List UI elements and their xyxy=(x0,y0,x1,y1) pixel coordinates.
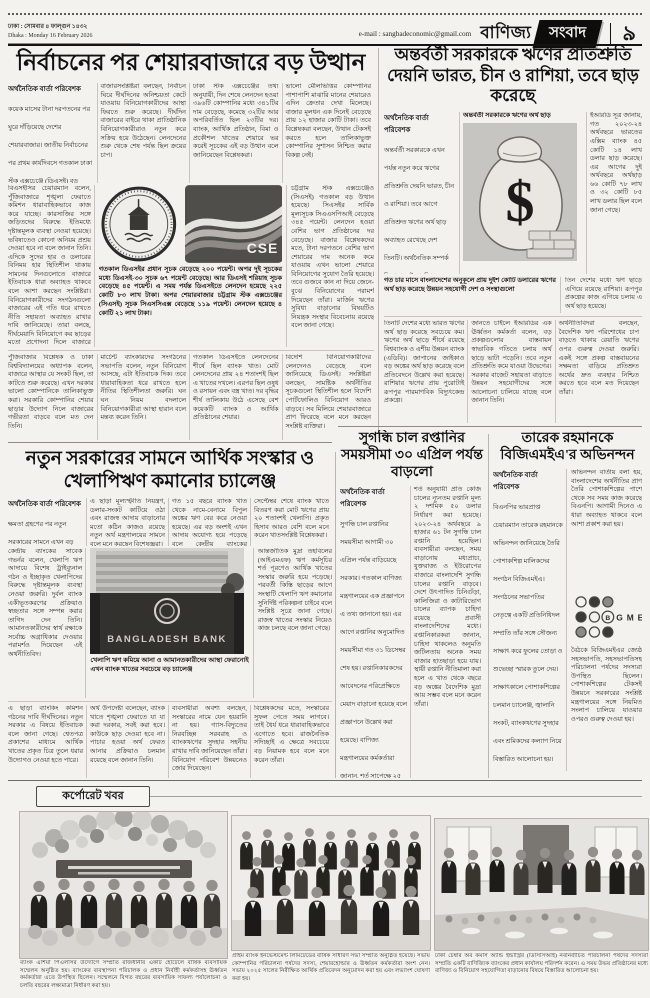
bangladesh-bank-photo: BANGLADESH BANK xyxy=(90,548,244,654)
body-text: কয়েক মাসের টানা দরপতনের পর ঘুরে দাঁড়িয… xyxy=(8,106,92,183)
article-loans-headline: অন্তর্বর্তী সরকারকে ঋণের প্রতিশ্রুতি দেয… xyxy=(384,45,642,107)
corporate-photo-3 xyxy=(435,819,648,950)
bangladesh-bank-text: BANGLADESH BANK xyxy=(108,634,228,645)
reform-figure-caption: খেলাপি ঋণ কমিয়ে আনা ও আমানতকারীদের আস্থ… xyxy=(90,657,248,674)
body-column: ভালো মৌলভিত্তির কোম্পানির পাশাপাশি মাঝার… xyxy=(282,83,375,183)
article-stock-market: নির্বাচনের পর শেয়ারবাজারে বড় উত্থান অর… xyxy=(8,48,374,440)
corporate-photo-1 xyxy=(20,812,227,958)
body-column: শর্ত অনুযায়ী প্রতি কেজি চালের ন্যূনতম র… xyxy=(410,486,484,778)
body-column: ঢাকা স্টক এক্সচেঞ্জের তথ্য অনুযায়ী, দিন… xyxy=(189,83,282,183)
article-rice-export: সুগন্ধি চাল রপ্তানির সময়সীমা ৩০ এপ্রিল … xyxy=(340,430,484,778)
body-column: অর্থনৈতিক বার্তা পরিবেশক ক্ষমতা গ্রহণের … xyxy=(8,498,86,546)
byline: অর্থনৈতিক বার্তা পরিবেশক xyxy=(493,469,563,493)
loans-figure: অন্তর্বর্তী সরকারকে ঋণের অর্থ ছাড় $ xyxy=(459,112,586,274)
photo-caption-3: ঢাকা চেম্বার অব কমার্স অ্যান্ড ইন্ডাস্ট্… xyxy=(435,953,648,995)
article-loans: অন্তর্বর্তী সরকারকে ঋণের প্রতিশ্রুতি দেয… xyxy=(384,45,642,423)
reform-figure: BANGLADESH BANK খেলাপি ঋণ কমিয়ে আনা ও আ… xyxy=(85,548,252,698)
body-column: জানতে চাইলে ইআরডির এক ঊর্ধ্বতন কর্মকর্তা… xyxy=(467,320,554,423)
bgmea-logo-b: B xyxy=(605,615,610,622)
body-column: অর্থনৈতিক বার্তা পরিবেশক বিএনপির ভারপ্রা… xyxy=(493,469,566,771)
body-column: গত ১৫ বছরে ব্যাংক খাত থেকে নামে-বেনামে ব… xyxy=(168,498,250,546)
body-column: গতকাল ডিএসইতে লেনদেনের শীর্ষে ছিল ব্যাংক… xyxy=(189,354,282,440)
divider xyxy=(8,780,642,781)
article-bgmea: তারেক রহমানকে বিজিএমইএ'র অভিনন্দন অর্থনৈ… xyxy=(493,430,642,778)
page-header: ঢাকা : সোমবার ৪ ফাল্গুন ১৪৩২ Dhaka : Mon… xyxy=(8,13,642,48)
section-title-text: কর্পোরেট খবর xyxy=(62,787,123,806)
article-stock-headline: নির্বাচনের পর শেয়ারবাজারে বড় উত্থান xyxy=(8,49,374,77)
body-text: অভিনন্দন বার্তায় বলা হয়, বাংলাদেশের অর… xyxy=(571,469,642,587)
cse-logo-text: CSE xyxy=(246,240,278,256)
body-column: তিনটি দেশের মধ্যে ভারত ঋণের অর্থ ছাড় কর… xyxy=(384,320,467,423)
article-bgmea-headline: তারেক রহমানকে বিজিএমইএ'র অভিনন্দন xyxy=(493,430,642,464)
body-column: মার্চেন্ট ব্যাংকারদের সংগঠনের সভাপতি বলে… xyxy=(97,354,190,440)
stock-figure: CSE গতকাল ডিএসইর প্রধান সূচক বেড়েছে ২০০… xyxy=(94,185,286,347)
body-column: আন্তর্জাতিক মুদ্রা তহবিলের (আইএমএফ) ঋণ ক… xyxy=(253,548,332,698)
dateline-english: Dhaka : Monday 16 February 2026 xyxy=(8,32,140,41)
body-column: অর্থনীতিবিদরা বলছেন, বৈদেশিক ঋণ পরিশোধের… xyxy=(555,320,642,423)
loans-figure-caption: গত চার মাসে বাংলাদেশের অনুকূলে প্রায় দু… xyxy=(384,277,560,313)
byline: অর্থনৈতিক বার্তা পরিবেশক xyxy=(8,498,83,510)
dateline: ঢাকা : সোমবার ৪ ফাল্গুন ১৪৩২ Dhaka : Mon… xyxy=(8,23,140,44)
money-bag-illustration: $ xyxy=(463,123,577,261)
photo-caption-2: প্রাইম ব্যাংক ইনভেস্টমেন্ট লিমিটেডের বার… xyxy=(232,953,430,995)
body-column: অভিনন্দন বার্তায় বলা হয়, বাংলাদেশের অর… xyxy=(566,469,642,771)
byline: অর্থনৈতিক বার্তা পরিবেশক xyxy=(340,486,407,510)
divider xyxy=(8,442,332,443)
corporate-photo-2 xyxy=(232,816,430,950)
page-number: ৯ xyxy=(610,23,642,44)
body-text: বিএনপির ভারপ্রাপ্ত চেয়ারম্যান তারেক রহম… xyxy=(493,504,563,771)
divider xyxy=(378,48,379,438)
body-column: সেপ্টেম্বর শেষে ব্যাংক খাতে বিতরণ করা মো… xyxy=(250,498,332,546)
divider xyxy=(338,426,642,427)
byline: অর্থনৈতিক বার্তা পরিবেশক xyxy=(8,83,94,95)
stock-figure-caption: গতকাল ডিএসইর প্রধান সূচক বেড়েছে ২০০ পয়… xyxy=(99,266,282,318)
body-column: অর্থনৈতিক বার্তা পরিবেশক সুগন্ধি চাল রপ্… xyxy=(340,486,410,778)
masthead-word-2: সংবাদ xyxy=(550,21,587,46)
article-rice-headline: সুগন্ধি চাল রপ্তানির সময়সীমা ৩০ এপ্রিল … xyxy=(340,430,484,481)
body-column: অর্থ উপদেষ্টা বলেছেন, ব্যাংক খাতে শৃঙ্খল… xyxy=(86,705,168,778)
body-text: বৈঠকে বিজিএমইএর জ্যেষ্ঠ সহসভাপতি, সহসভাপ… xyxy=(571,647,642,724)
article-reform: নতুন সরকারের সামনে আর্থিক সংস্কার ও খেলা… xyxy=(8,448,332,778)
body-text: ক্ষমতা গ্রহণের পর নতুন সরকারের সামনে এখন… xyxy=(8,521,81,546)
dateline-bengali: ঢাকা : সোমবার ৪ ফাল্গুন ১৪৩২ xyxy=(8,23,140,32)
body-column: ইআরডি সূত্র জানায়, গত ২০২৩-২৪ অর্থবছরে … xyxy=(586,112,642,274)
bgmea-logo: B G M E A xyxy=(571,591,642,643)
body-column: এ ছাড়া মূল্যস্ফীতি নিয়ন্ত্রণ, ডলার-সংক… xyxy=(86,498,168,546)
loans-figure-mini-caption: অন্তর্বর্তী সরকারকে ঋণের অর্থ ছাড় xyxy=(463,112,583,121)
newspaper-page: ঢাকা : সোমবার ৪ ফাল্গুন ১৪৩২ Dhaka : Mon… xyxy=(0,0,650,998)
body-column: বিশ্লেষকদের মতে, সংস্কারের সুফল পেতে সময… xyxy=(250,705,332,778)
section-title-corporate-news: কর্পোরেট খবর xyxy=(36,786,150,807)
body-text: অন্তর্বর্তী সরকারকে এখন পর্যন্ত নতুন করে… xyxy=(384,147,455,274)
body-column: বাজারসংশ্লিষ্টরা বলছেন, নির্বাচন ঘিরে দী… xyxy=(97,83,190,183)
photo-caption-1: ব্যাংক এশিয়া পিএলসির উদ্যোগে সম্প্রতি র… xyxy=(20,960,227,994)
divider xyxy=(488,434,489,778)
body-column: অর্থনৈতিক বার্তা পরিবেশক কয়েক মাসের টান… xyxy=(8,83,97,183)
body-text: সুগন্ধি চাল রপ্তানির সময়সীমা আগামী ৩০ এ… xyxy=(340,521,407,778)
body-column: বিএসইসির চেয়ারম্যান বলেন, পুঁজিবাজারে শ… xyxy=(8,185,94,347)
body-column: ব্যবসায়ীরা অবশ্য বলছেন, সংস্কারের নামে … xyxy=(168,705,250,778)
body-column: চট্টগ্রাম স্টক এক্সচেঞ্জেও (সিএসই) গতকাল… xyxy=(286,185,374,347)
cse-logo: CSE xyxy=(185,185,283,263)
divider xyxy=(335,452,336,778)
divider xyxy=(150,796,642,797)
body-column: অর্থনৈতিক বার্তা পরিবেশক অন্তর্বর্তী সরক… xyxy=(384,112,459,274)
body-column: এ ছাড়া ব্যাংকিং কমিশন গঠনের দাবি দীর্ঘদ… xyxy=(8,705,86,778)
body-column: বিদেশি বিনিয়োগকারীদের লেনদেনও বেড়েছে ব… xyxy=(282,354,375,440)
body-column: তিন দেশের মধ্যে ঋণ ছাড়ে এগিয়ে রয়েছে র… xyxy=(560,277,642,313)
bgmea-logo-text: G M E A xyxy=(616,613,642,623)
byline: অর্থনৈতিক বার্তা পরিবেশক xyxy=(384,112,456,136)
article-reform-headline: নতুন সরকারের সামনে আর্থিক সংস্কার ও খেলা… xyxy=(8,448,332,493)
body-column: কেন্দ্রীয় ব্যাংকের সাবেক গভর্নর বলেন, খ… xyxy=(8,548,85,698)
dse-logo xyxy=(99,185,179,263)
email-address: e-mail : sangbadeconomic@gmail.com xyxy=(359,30,472,38)
body-column: পুঁজিবাজার বিশ্লেষক ও ঢাকা বিশ্ববিদ্যালয… xyxy=(8,354,97,440)
svg-text:$: $ xyxy=(506,169,535,234)
